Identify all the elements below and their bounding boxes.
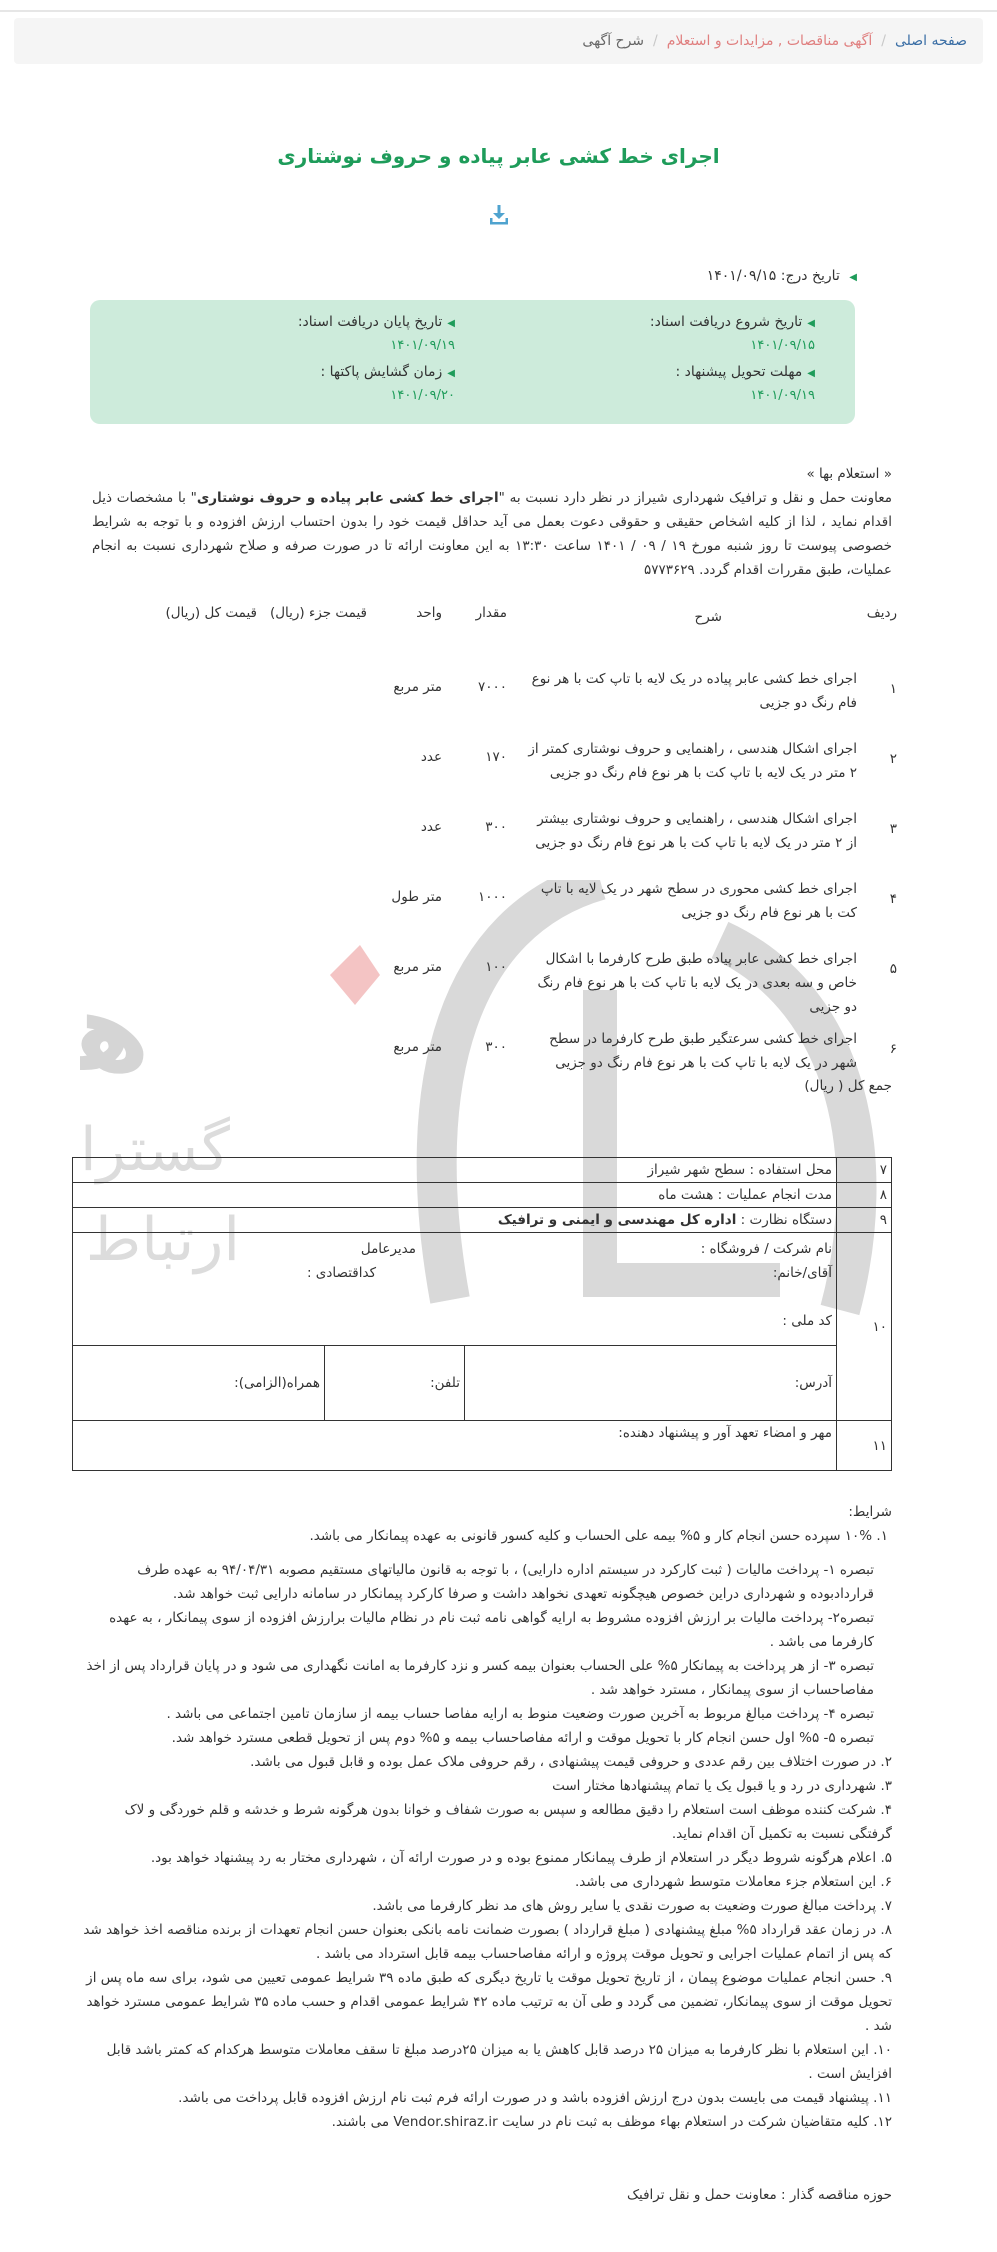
- mobile-field[interactable]: همراه(الزامی):: [73, 1346, 325, 1421]
- row-meghdar: ۱۷۰: [457, 749, 507, 765]
- table-row: ۵ اجرای خط کشی عابر پیاده طبق طرح کارفرم…: [107, 947, 897, 1017]
- publish-date-value: ۱۴۰۱/۰۹/۱۵: [707, 268, 777, 284]
- condition-item: ۷. پرداخت مبالغ صورت وضعیت به صورت نقدی …: [82, 1894, 892, 1918]
- total-label: جمع کل ( ریال): [804, 1078, 892, 1094]
- row-radif: ۳: [867, 821, 897, 837]
- condition-item: ۴. شرکت کننده موظف است استعلام را دقیق م…: [82, 1798, 892, 1846]
- condition-item: ۵. اعلام هرگونه شروط دیگر در استعلام از …: [82, 1846, 892, 1870]
- row-meghdar: ۳۰۰: [457, 819, 507, 835]
- breadcrumb-separator: /: [881, 33, 886, 49]
- opening-time-label: زمان گشایش پاکتها :: [320, 364, 442, 380]
- top-strip: [0, 0, 997, 12]
- supervisor-label: دستگاه نظارت :: [736, 1212, 832, 1228]
- intro-text: « استعلام بها » معاونت حمل و نقل و ترافی…: [92, 462, 892, 582]
- form-row-number: ۷: [837, 1158, 892, 1183]
- form-row-10b: آدرس: تلفن: همراه(الزامی):: [73, 1346, 892, 1421]
- breadcrumb-current: شرح آگهی: [582, 33, 644, 49]
- row-vahed: عدد: [382, 749, 442, 765]
- phone-field[interactable]: تلفن:: [325, 1346, 465, 1421]
- supervisor: دستگاه نظارت : اداره کل مهندسی و ایمنی و…: [73, 1208, 837, 1233]
- doc-end-label: تاریخ پایان دریافت اسناد:: [298, 314, 442, 330]
- condition-note: تبصره ۳- از هر پرداخت به پیمانکار ۵% علی…: [82, 1654, 892, 1702]
- mr-mrs-field[interactable]: آقای/خانم:: [773, 1265, 832, 1281]
- operation-duration: مدت انجام عملیات : هشت ماه: [73, 1183, 837, 1208]
- doc-start-label: تاریخ شروع دریافت اسناد:: [650, 314, 802, 330]
- condition-item: ۱۲. کلیه متقاضیان شرکت در استعلام بهاء م…: [82, 2110, 892, 2134]
- doc-start-date: ◀تاریخ شروع دریافت اسناد: ۱۴۰۱/۰۹/۱۵: [650, 314, 815, 353]
- national-code-field[interactable]: کد ملی :: [782, 1313, 832, 1329]
- condition-item: ۱۰. این استعلام با نظر کارفرما به میزان …: [82, 2038, 892, 2086]
- header-vahed: واحد: [382, 605, 442, 621]
- condition-item: ۹. حسن انجام عملیات موضوع پیمان ، از تار…: [82, 1966, 892, 2038]
- bullet-triangle-icon: ◀: [807, 318, 815, 329]
- row-radif: ۲: [867, 751, 897, 767]
- breadcrumb-separator: /: [653, 33, 658, 49]
- header-radif: ردیف: [867, 605, 897, 621]
- form-row-9: ۹ دستگاه نظارت : اداره کل مهندسی و ایمنی…: [73, 1208, 892, 1233]
- row-vahed: متر مربع: [382, 1039, 442, 1055]
- company-name-field[interactable]: نام شرکت / فروشگاه :: [701, 1241, 832, 1257]
- header-unit-price: قیمت جزء (ریال): [267, 605, 367, 621]
- download-button[interactable]: [0, 204, 997, 232]
- header-meghdar: مقدار: [457, 605, 507, 621]
- row-sharh: اجرای خط کشی عابر پیاده طبق طرح کارفرما …: [527, 947, 857, 1019]
- doc-end-date: ◀تاریخ پایان دریافت اسناد: ۱۴۰۱/۰۹/۱۹: [298, 314, 455, 353]
- condition-item: ۸. در زمان عقد قرارداد ۵% مبلغ پیشنهادی …: [82, 1918, 892, 1966]
- items-table: ردیف شرح مقدار واحد قیمت جزء (ریال) قیمت…: [107, 605, 897, 1097]
- publish-date: ◀ تاریخ درج: ۱۴۰۱/۰۹/۱۵: [707, 268, 857, 284]
- row-radif: ۴: [867, 891, 897, 907]
- condition-item: ۳. شهرداری در رد و یا قبول یک یا تمام پی…: [82, 1774, 892, 1798]
- form-row-11: ۱۱ مهر و امضاء تعهد آور و پیشنهاد دهنده:: [73, 1421, 892, 1471]
- breadcrumb: صفحه اصلی / آگهی مناقصات , مزایدات و است…: [14, 18, 983, 64]
- row-vahed: عدد: [382, 819, 442, 835]
- intro-bold: اجرای خط کشی عابر پیاده و حروف نوشتاری: [197, 490, 499, 506]
- form-row-8: ۸ مدت انجام عملیات : هشت ماه: [73, 1183, 892, 1208]
- form-row-number: ۹: [837, 1208, 892, 1233]
- conditions-section: شرایط: ۱. ۱۰% سپرده حسن انجام کار و ۵% ب…: [82, 1500, 892, 2134]
- row-sharh: اجرای خط کشی عابر پیاده در یک لایه با تا…: [527, 667, 857, 715]
- download-icon[interactable]: [488, 204, 510, 232]
- breadcrumb-home-link[interactable]: صفحه اصلی: [895, 33, 967, 49]
- table-row: ۲ اجرای اشکال هندسی ، راهنمایی و حروف نو…: [107, 737, 897, 807]
- row-meghdar: ۱۰۰۰: [457, 889, 507, 905]
- row-meghdar: ۱۰۰: [457, 959, 507, 975]
- intro-heading: « استعلام بها »: [92, 462, 892, 486]
- conditions-heading: شرایط:: [82, 1500, 892, 1524]
- condition-item: ۲. در صورت اختلاف بین رقم عددی و حروفی ق…: [82, 1750, 892, 1774]
- table-row: ۳ اجرای اشکال هندسی ، راهنمایی و حروف نو…: [107, 807, 897, 877]
- form-row-10a: ۱۰ نام شرکت / فروشگاه : مدیرعامل آقای/خا…: [73, 1233, 892, 1346]
- offer-deadline-value: ۱۴۰۱/۰۹/۱۹: [675, 388, 815, 403]
- bullet-triangle-icon: ◀: [447, 318, 455, 329]
- condition-note: تبصره ۵- ۵% اول حسن انجام کار با تحویل م…: [82, 1726, 892, 1750]
- bidder-form-table: ۷ محل استفاده : سطح شهر شیراز ۸ مدت انجا…: [72, 1157, 892, 1471]
- bullet-triangle-icon: ◀: [849, 272, 857, 283]
- form-row-7: ۷ محل استفاده : سطح شهر شیراز: [73, 1158, 892, 1183]
- publish-date-label: تاریخ درج:: [781, 268, 840, 284]
- row-radif: ۱: [867, 681, 897, 697]
- items-table-header: ردیف شرح مقدار واحد قیمت جزء (ریال) قیمت…: [107, 605, 897, 635]
- row-radif: ۶: [867, 1041, 897, 1057]
- offer-deadline: ◀مهلت تحویل پیشنهاد : ۱۴۰۱/۰۹/۱۹: [675, 364, 815, 403]
- header-total-price: قیمت کل (ریال): [157, 605, 257, 621]
- offer-deadline-label: مهلت تحویل پیشنهاد :: [675, 364, 802, 380]
- table-row: ۴ اجرای خط کشی محوری در سطح شهر در یک لا…: [107, 877, 897, 947]
- doc-end-value: ۱۴۰۱/۰۹/۱۹: [298, 338, 455, 353]
- intro-paragraph: معاونت حمل و نقل و ترافیک شهرداری شیراز …: [92, 486, 892, 582]
- condition-note: تبصره ۴- پرداخت مبالغ مربوط به آخرین صور…: [82, 1702, 892, 1726]
- form-row-number: ۱۰: [837, 1233, 892, 1421]
- row-vahed: متر مربع: [382, 679, 442, 695]
- row-vahed: متر مربع: [382, 959, 442, 975]
- opening-time: ◀زمان گشایش پاکتها : ۱۴۰۱/۰۹/۲۰: [320, 364, 455, 403]
- condition-item: ۱. ۱۰% سپرده حسن انجام کار و ۵% بیمه علی…: [82, 1524, 892, 1548]
- row-sharh: اجرای اشکال هندسی ، راهنمایی و حروف نوشت…: [527, 807, 857, 855]
- company-info-cell[interactable]: نام شرکت / فروشگاه : مدیرعامل آقای/خانم:…: [73, 1233, 837, 1346]
- row-meghdar: ۳۰۰: [457, 1039, 507, 1055]
- opening-time-value: ۱۴۰۱/۰۹/۲۰: [320, 388, 455, 403]
- supervisor-value: اداره کل مهندسی و ایمنی و ترافیک: [498, 1212, 737, 1228]
- intro-part1: معاونت حمل و نقل و ترافیک شهرداری شیراز …: [499, 490, 892, 506]
- doc-start-value: ۱۴۰۱/۰۹/۱۵: [650, 338, 815, 353]
- table-row: ۶ اجرای خط کشی سرعتگیر طبق طرح کارفرما د…: [107, 1027, 897, 1097]
- form-row-number: ۸: [837, 1183, 892, 1208]
- condition-note: تبصره ۱- پرداخت مالیات ( ثبت کارکرد در س…: [82, 1558, 892, 1606]
- economic-code-field[interactable]: کداقتصادی :: [307, 1265, 376, 1281]
- row-sharh: اجرای اشکال هندسی ، راهنمایی و حروف نوشت…: [527, 737, 857, 785]
- tender-authority: حوزه مناقصه گذار : معاونت حمل و نقل تراف…: [627, 2187, 892, 2203]
- row-radif: ۵: [867, 961, 897, 977]
- page-title: اجرای خط کشی عابر پیاده و حروف نوشتاری: [0, 144, 997, 174]
- ceo-label: مدیرعامل: [361, 1241, 416, 1257]
- breadcrumb-tenders-link[interactable]: آگهی مناقصات , مزایدات و استعلام: [667, 33, 872, 49]
- row-sharh: اجرای خط کشی محوری در سطح شهر در یک لایه…: [527, 877, 857, 925]
- signature-field[interactable]: مهر و امضاء تعهد آور و پیشنهاد دهنده:: [73, 1421, 837, 1471]
- address-field[interactable]: آدرس:: [465, 1346, 837, 1421]
- bullet-triangle-icon: ◀: [807, 368, 815, 379]
- row-sharh: اجرای خط کشی سرعتگیر طبق طرح کارفرما در …: [527, 1027, 857, 1075]
- condition-item: ۱۱. پیشنهاد قیمت می بایست بدون درج ارزش …: [82, 2086, 892, 2110]
- dates-info-box: ◀تاریخ شروع دریافت اسناد: ۱۴۰۱/۰۹/۱۵ ◀تا…: [90, 300, 855, 424]
- condition-note: تبصره۲- پرداخت مالیات بر ارزش افزوده مشر…: [82, 1606, 892, 1654]
- bullet-triangle-icon: ◀: [447, 368, 455, 379]
- table-row: ۱ اجرای خط کشی عابر پیاده در یک لایه با …: [107, 667, 897, 737]
- row-meghdar: ۷۰۰۰: [457, 679, 507, 695]
- form-row-number: ۱۱: [837, 1421, 892, 1471]
- row-vahed: متر طول: [382, 889, 442, 905]
- condition-item: ۶. این استعلام جزء معاملات متوسط شهرداری…: [82, 1870, 892, 1894]
- usage-location: محل استفاده : سطح شهر شیراز: [73, 1158, 837, 1183]
- page: صفحه اصلی / آگهی مناقصات , مزایدات و است…: [0, 0, 997, 232]
